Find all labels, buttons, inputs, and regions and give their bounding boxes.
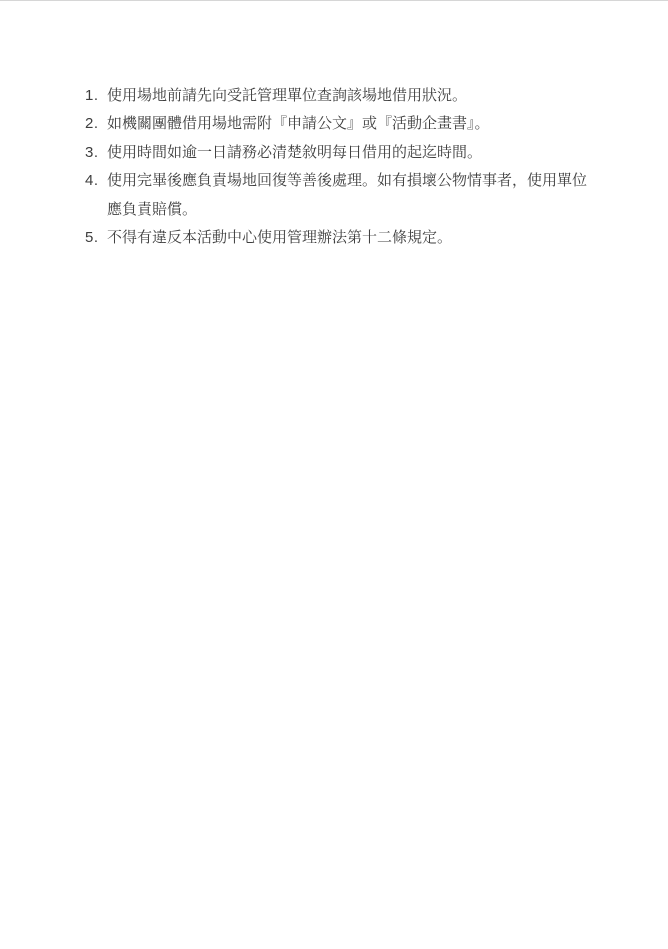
- list-item-text: 使用完畢後應負責場地回復等善後處理。如有損壞公物情事者，使用單位應負責賠償。: [107, 167, 605, 224]
- list-item: 4. 使用完畢後應負責場地回復等善後處理。如有損壞公物情事者，使用單位應負責賠償…: [85, 167, 605, 224]
- list-item-line: 不得有違反本活動中心使用管理辦法第十二條規定。: [107, 224, 605, 252]
- list-item-text: 使用場地前請先向受託管理單位查詢該場地借用狀況。: [107, 82, 605, 110]
- list-item: 5. 不得有違反本活動中心使用管理辦法第十二條規定。: [85, 224, 605, 252]
- list-item-line: 應負責賠償。: [107, 196, 605, 224]
- list-item-number: 3.: [85, 139, 107, 167]
- list-item-text: 不得有違反本活動中心使用管理辦法第十二條規定。: [107, 224, 605, 252]
- document-page: 1. 使用場地前請先向受託管理單位查詢該場地借用狀況。 2. 如機關團體借用場地…: [0, 0, 668, 949]
- list-item: 1. 使用場地前請先向受託管理單位查詢該場地借用狀況。: [85, 82, 605, 110]
- list-item-line: 使用時間如逾一日請務必清楚敘明每日借用的起迄時間。: [107, 139, 605, 167]
- list-item-text: 如機關團體借用場地需附『申請公文』或『活動企畫書』。: [107, 110, 605, 138]
- list-item-line: 使用完畢後應負責場地回復等善後處理。如有損壞公物情事者，使用單位: [107, 167, 605, 195]
- list-item-line: 如機關團體借用場地需附『申請公文』或『活動企畫書』。: [107, 110, 605, 138]
- list-item-line: 使用場地前請先向受託管理單位查詢該場地借用狀況。: [107, 82, 605, 110]
- list-item-number: 5.: [85, 224, 107, 252]
- list-item-number: 4.: [85, 167, 107, 195]
- list-item-text: 使用時間如逾一日請務必清楚敘明每日借用的起迄時間。: [107, 139, 605, 167]
- list-item-number: 1.: [85, 82, 107, 110]
- list-item-number: 2.: [85, 110, 107, 138]
- list-item: 3. 使用時間如逾一日請務必清楚敘明每日借用的起迄時間。: [85, 139, 605, 167]
- terms-list: 1. 使用場地前請先向受託管理單位查詢該場地借用狀況。 2. 如機關團體借用場地…: [85, 82, 605, 252]
- list-item: 2. 如機關團體借用場地需附『申請公文』或『活動企畫書』。: [85, 110, 605, 138]
